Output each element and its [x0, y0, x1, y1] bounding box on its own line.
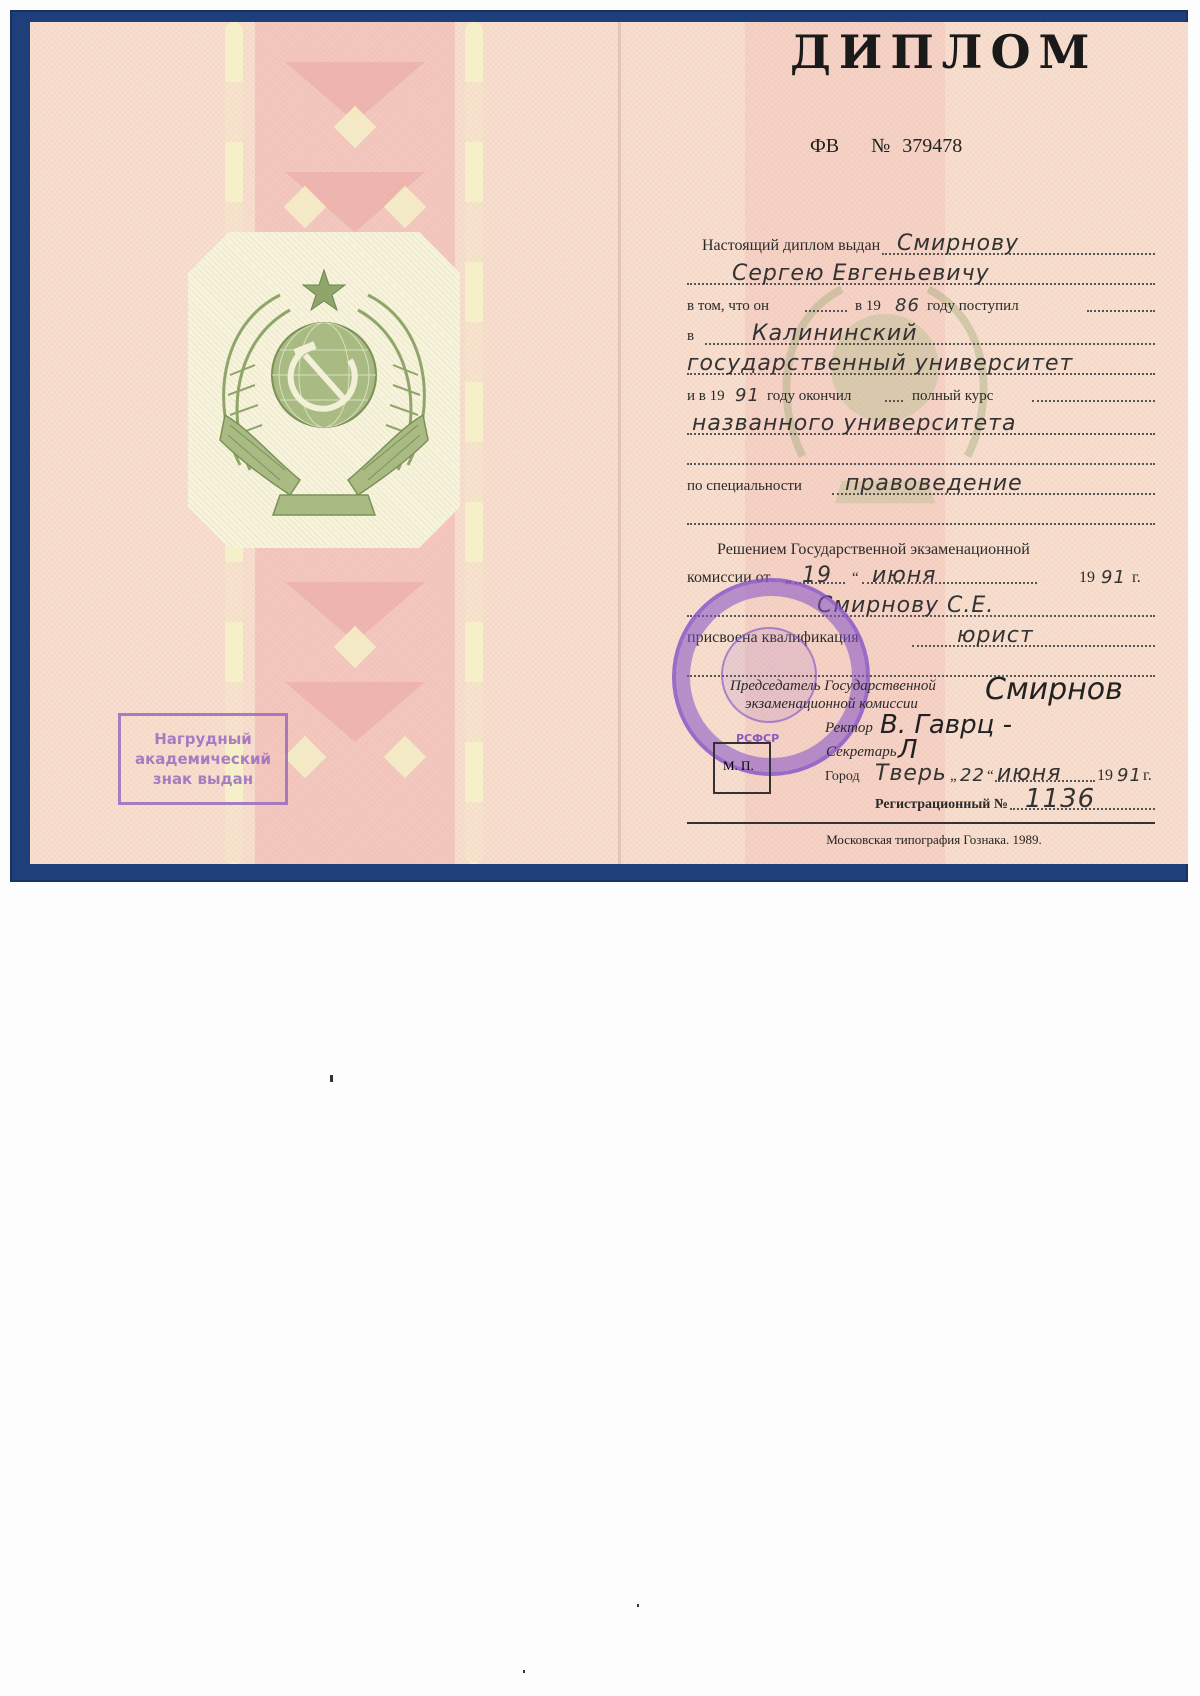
- badge-stamp-line: академический: [121, 749, 285, 769]
- scan-speck: [523, 1670, 525, 1673]
- printer-line: Московская типография Гознака. 1989.: [650, 832, 1200, 848]
- scan-speck: [637, 1604, 639, 1607]
- ussr-coat-of-arms-icon: [210, 255, 438, 530]
- academic-badge-stamp: Нагрудный академический знак выдан: [118, 713, 288, 805]
- printer-footer: Московская типография Гознака. 1989.: [620, 0, 1188, 880]
- badge-stamp-line: Нагрудный: [121, 729, 285, 749]
- badge-stamp-line: знак выдан: [121, 769, 285, 789]
- scan-speck: [330, 1075, 333, 1082]
